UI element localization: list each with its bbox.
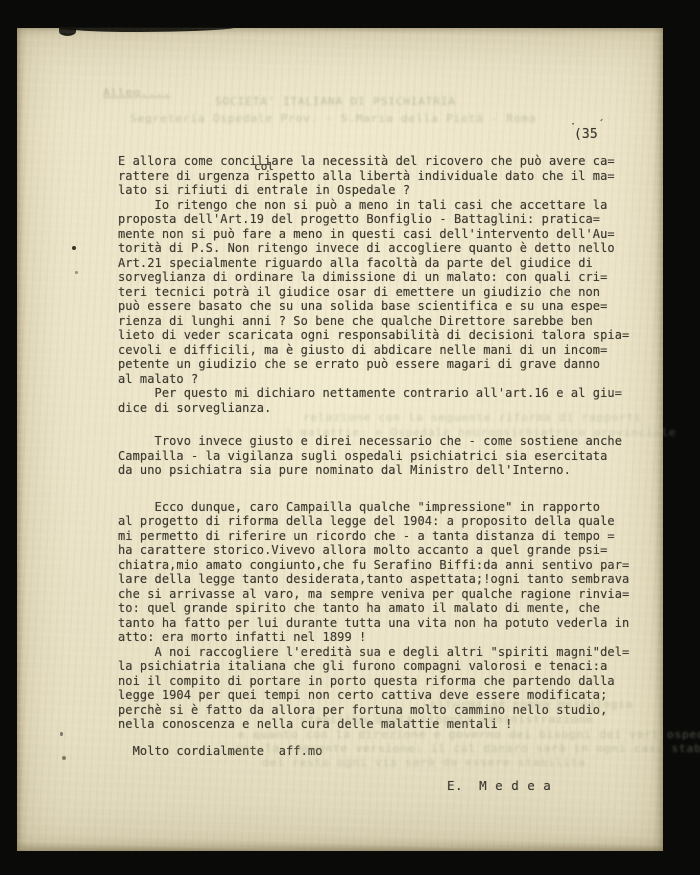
ink-speck: [60, 732, 63, 736]
letter-page: Alleg.... SOCIETA' ITALIANA DI PSICHIATR…: [17, 28, 663, 851]
bleedthrough-text: stabilito dalla singola amministrazione: [300, 712, 593, 725]
bleedthrough-text: Alleg....: [103, 85, 171, 98]
bleedthrough-text: e quanto con la direzione e governo dei …: [238, 727, 700, 740]
ink-speck: [75, 271, 78, 274]
paragraph-vigilanza: Trovo invece giusto e direi necessario c…: [118, 434, 640, 478]
bleedthrough-text: i malattie: e Ospedale neuropsichiatrico…: [285, 425, 676, 438]
paragraph-ricovero: E allora come conciliare la necessità de…: [118, 154, 640, 415]
bleedthrough-text: del resto ogni via sarà da essere stabil…: [262, 755, 586, 768]
top-edge-notch: [59, 27, 76, 36]
letter-body: E allora come conciliare la necessità de…: [118, 154, 640, 758]
ink-speck: [62, 756, 66, 760]
bleedthrough-text: riforma ad nuova psicologia: [430, 697, 633, 710]
top-edge-smudge: [60, 27, 236, 32]
page-number: (35: [574, 128, 598, 143]
bleedthrough-text: Segreteria Ospedale Prov. - S.Maria dell…: [130, 111, 536, 124]
bleedthrough-text: con la seguente versione: il col danaro …: [235, 741, 700, 754]
superscript-insertion: col: [254, 160, 274, 175]
ink-speck: [72, 246, 76, 250]
signature: E. M e d e a: [447, 779, 551, 794]
scanner-background: { "page": { "number_label": "(35", "inse…: [0, 0, 700, 875]
bleedthrough-text: SOCIETA' ITALIANA DI PSICHIATRIA: [215, 94, 456, 107]
bleedthrough-text: relazione con la seguente riforma di rap…: [303, 410, 642, 423]
